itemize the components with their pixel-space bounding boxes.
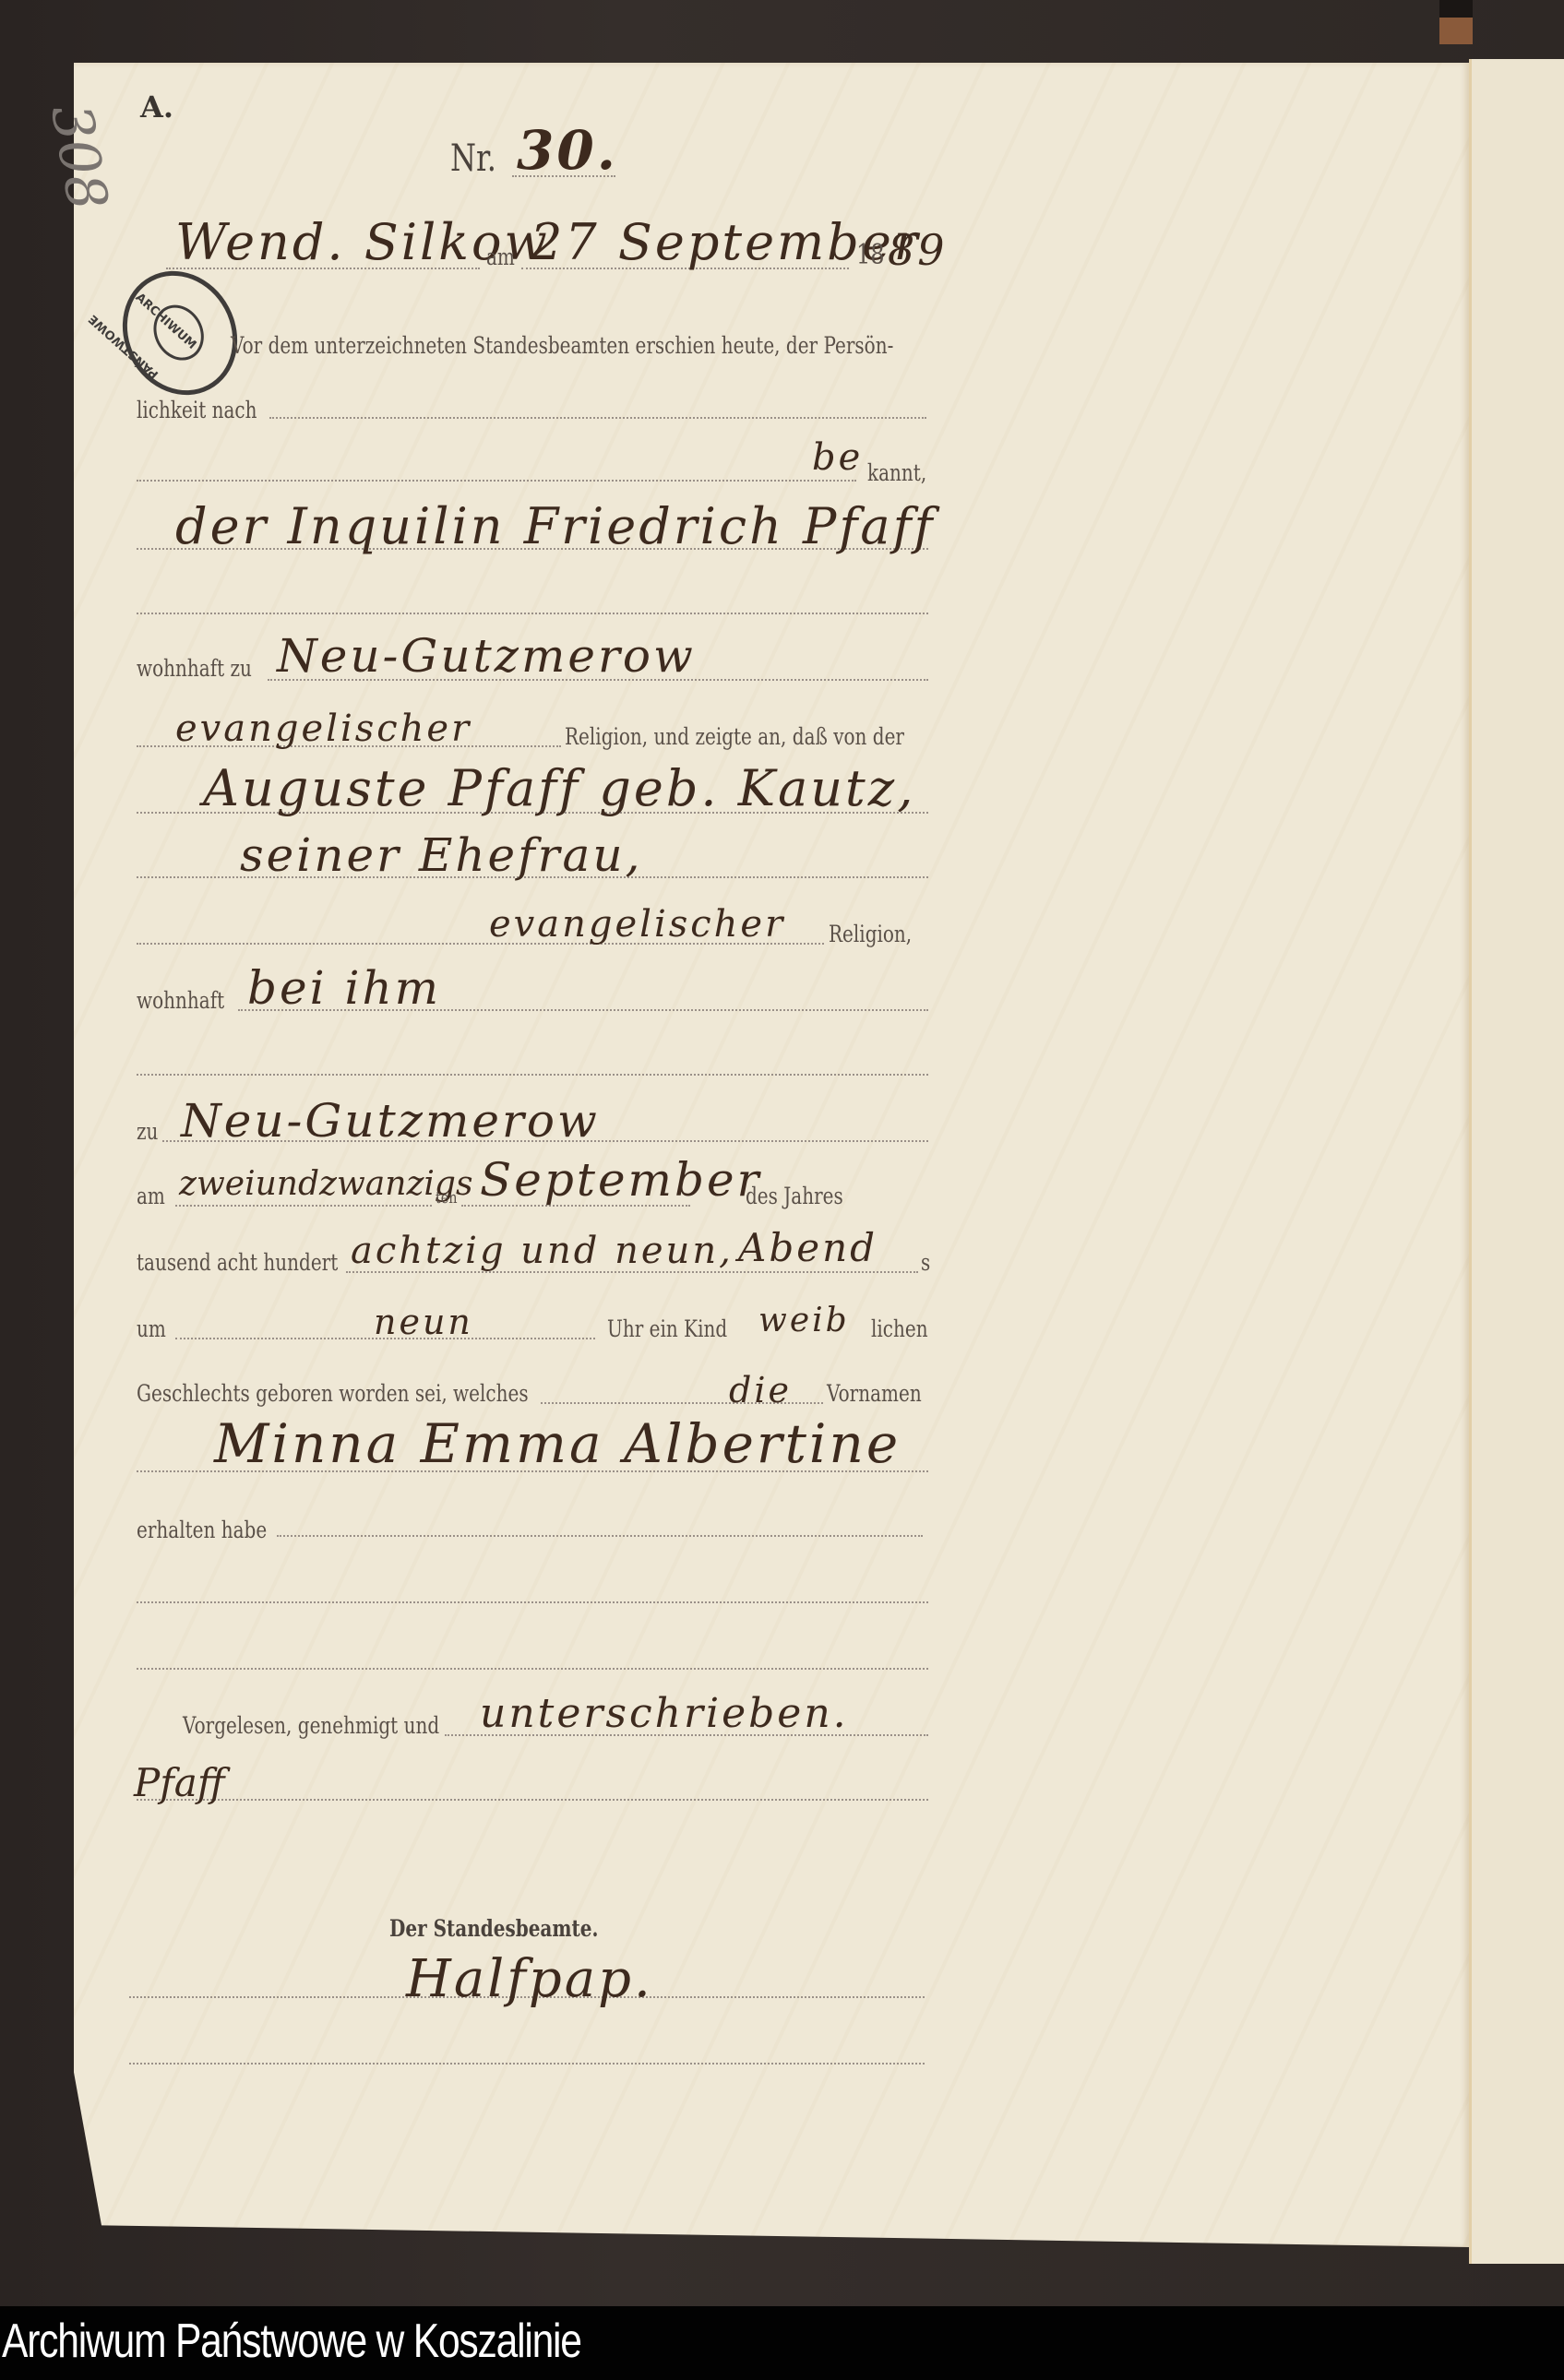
label-zu: zu <box>137 1120 158 1143</box>
date-am-label: am <box>486 245 515 268</box>
child-sex: weib <box>758 1304 850 1338</box>
line-kannt <box>137 480 856 482</box>
mother-name: Auguste Pfaff geb. Kautz, <box>203 764 915 814</box>
label-wohnhaft-zu: wohnhaft zu <box>137 657 252 680</box>
line-blank-3 <box>137 1601 928 1603</box>
birth-month: September <box>480 1157 761 1203</box>
adjacent-page-edge <box>1469 59 1564 2264</box>
archive-caption: Archiwum Państwowe w Koszalinie <box>2 2314 581 2369</box>
religion-text-1: Religion, und zeigte an, daß von der <box>565 725 904 748</box>
intro-text: Vor dem unterzeichneten Standesbeamten e… <box>231 334 893 357</box>
label-wohnhaft: wohnhaft <box>137 989 224 1012</box>
label-am: am <box>137 1184 165 1208</box>
label-des-jahres: des Jahres <box>746 1184 843 1208</box>
line-blank-4 <box>137 1668 928 1670</box>
birth-place: Neu-Gutzmerow <box>181 1098 600 1144</box>
label-lichkeit-nach: lichkeit nach <box>137 399 257 422</box>
label-vorgelesen: Vorgelesen, genehmigt und <box>183 1714 439 1737</box>
line-birth-day <box>175 1205 432 1207</box>
declarant-name: der Inquilin Friedrich Pfaff <box>175 502 936 552</box>
mother-religion: evangelischer <box>489 906 785 943</box>
form-letter: A. <box>140 92 173 122</box>
declarant-religion: evangelischer <box>175 710 472 747</box>
birth-hour: neun <box>374 1304 473 1339</box>
record-number: 30. <box>517 124 618 177</box>
religion-text-2: Religion, <box>829 922 912 946</box>
mother-residence: bei ihm <box>247 965 441 1011</box>
time-of-day: Abend <box>738 1229 878 1267</box>
label-tausend-acht-hundert: tausend acht hundert <box>137 1251 338 1274</box>
birth-year-words: achtzig und neun, <box>351 1232 734 1269</box>
label-um: um <box>137 1317 166 1340</box>
birth-day-words: zweiundzwanzigs <box>179 1168 472 1201</box>
vornamen-article: die <box>729 1373 792 1408</box>
line-lichkeit <box>269 417 926 419</box>
number-label: Nr. <box>450 140 496 177</box>
line-declarant-signature <box>137 1799 928 1801</box>
label-ten: ten <box>436 1190 458 1207</box>
label-kannt: kannt, <box>867 461 926 484</box>
registrar-signature: Halfpap. <box>406 1954 653 2005</box>
label-geschlechts: Geschlechts geboren worden sei, welches <box>137 1382 529 1405</box>
declarant-signature: Pfaff <box>134 1764 225 1803</box>
child-names: Minna Emma Albertine <box>214 1417 901 1470</box>
declarant-residence: Neu-Gutzmerow <box>277 633 696 679</box>
line-erhalten <box>277 1535 923 1537</box>
line-blank-5 <box>129 2063 925 2065</box>
label-erhalten-habe: erhalten habe <box>137 1518 267 1541</box>
line-blank-2 <box>137 1074 928 1076</box>
label-vornamen: Vornamen <box>827 1382 922 1405</box>
binding-thread <box>1439 0 1473 44</box>
time-suffix: s <box>921 1251 930 1274</box>
label-uhr-ein-kind: Uhr ein Kind <box>607 1317 727 1340</box>
registrar-title: Der Standesbeamte. <box>389 1917 598 1940</box>
unterschrieben-hand: unterschrieben. <box>480 1694 849 1734</box>
document-page <box>74 63 1469 2247</box>
line-blank-1 <box>137 613 928 614</box>
year-handwritten: 89 <box>888 229 948 271</box>
year-printed: 18 <box>856 242 885 269</box>
kannt-prefix-hand: be <box>812 439 863 476</box>
label-lichen: lichen <box>871 1317 928 1340</box>
mother-relation: seiner Ehefrau, <box>240 832 642 878</box>
